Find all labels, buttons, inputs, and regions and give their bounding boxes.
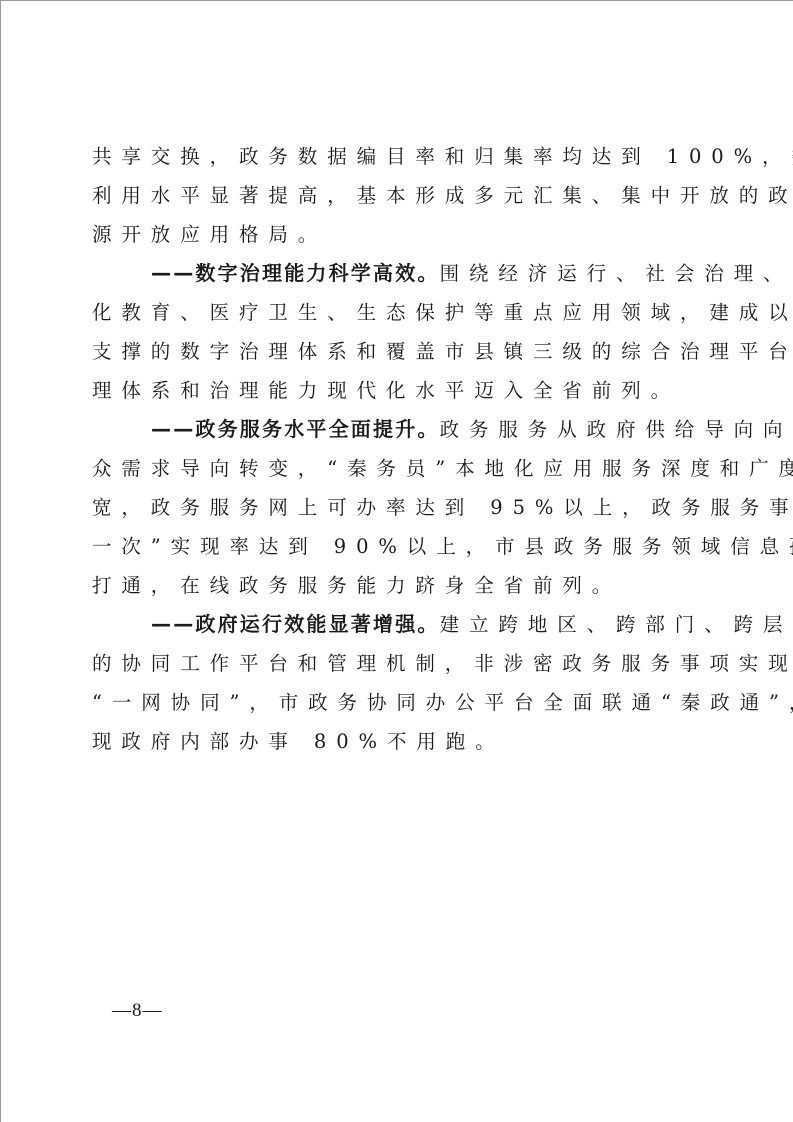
- paragraph-heading: ——政务服务水平全面提升。: [151, 417, 440, 441]
- text-line: 支撑的数字治理体系和覆盖市县镇三级的综合治理平台，全市治: [92, 332, 692, 371]
- text-line: ——政府运行效能显著增强。建立跨地区、跨部门、跨层级: [92, 605, 692, 644]
- page-border-left: [0, 0, 1, 1122]
- text-line: 的协同工作平台和管理机制，非涉密政务服务事项实现全流程: [92, 644, 692, 683]
- paragraph-government-operations: ——政府运行效能显著增强。建立跨地区、跨部门、跨层级 的协同工作平台和管理机制，…: [92, 605, 692, 761]
- text-line: “一网协同”，市政务协同办公平台全面联通“秦政通”，基本实: [92, 683, 692, 722]
- paragraph-heading: ——政府运行效能显著增强。: [151, 612, 440, 636]
- page-number: —8—: [112, 1000, 163, 1022]
- text-line: 宽，政务服务网上可办率达到 95%以上，政务服务事项“最多跑: [92, 488, 692, 527]
- text-line: 共享交换，政务数据编目率和归集率均达到 100%，数据资源开发: [92, 137, 692, 176]
- paragraph-government-services: ——政务服务水平全面提升。政务服务从政府供给导向向群 众需求导向转变，“秦务员”…: [92, 410, 692, 605]
- text-line: 理体系和治理能力现代化水平迈入全省前列。: [92, 371, 692, 410]
- text-line: 源开放应用格局。: [92, 215, 692, 254]
- paragraph-heading: ——数字治理能力科学高效。: [151, 261, 440, 285]
- text-line: 现政府内部办事 80%不用跑。: [92, 722, 692, 761]
- paragraph-data-sharing: 共享交换，政务数据编目率和归集率均达到 100%，数据资源开发 利用水平显著提高…: [92, 137, 692, 254]
- text-run: 建立跨地区、跨部门、跨层级: [440, 613, 793, 636]
- text-line: 利用水平显著提高，基本形成多元汇集、集中开放的政务数据资: [92, 176, 692, 215]
- text-line: 众需求导向转变，“秦务员”本地化应用服务深度和广度不断拓: [92, 449, 692, 488]
- text-line: 打通，在线政务服务能力跻身全省前列。: [92, 566, 692, 605]
- paragraph-digital-governance: ——数字治理能力科学高效。围绕经济运行、社会治理、文 化教育、医疗卫生、生态保护…: [92, 254, 692, 410]
- text-line: 化教育、医疗卫生、生态保护等重点应用领域，建成以大数据为: [92, 293, 692, 332]
- text-run: 围绕经济运行、社会治理、文: [440, 262, 793, 285]
- text-run: 政务服务从政府供给导向向群: [440, 418, 793, 441]
- text-line: ——数字治理能力科学高效。围绕经济运行、社会治理、文: [92, 254, 692, 293]
- document-body: 共享交换，政务数据编目率和归集率均达到 100%，数据资源开发 利用水平显著提高…: [92, 137, 692, 761]
- page-border-top: [0, 0, 793, 1]
- text-line: 一次”实现率达到 90%以上，市县政务服务领域信息孤岛 100%: [92, 527, 692, 566]
- text-line: ——政务服务水平全面提升。政务服务从政府供给导向向群: [92, 410, 692, 449]
